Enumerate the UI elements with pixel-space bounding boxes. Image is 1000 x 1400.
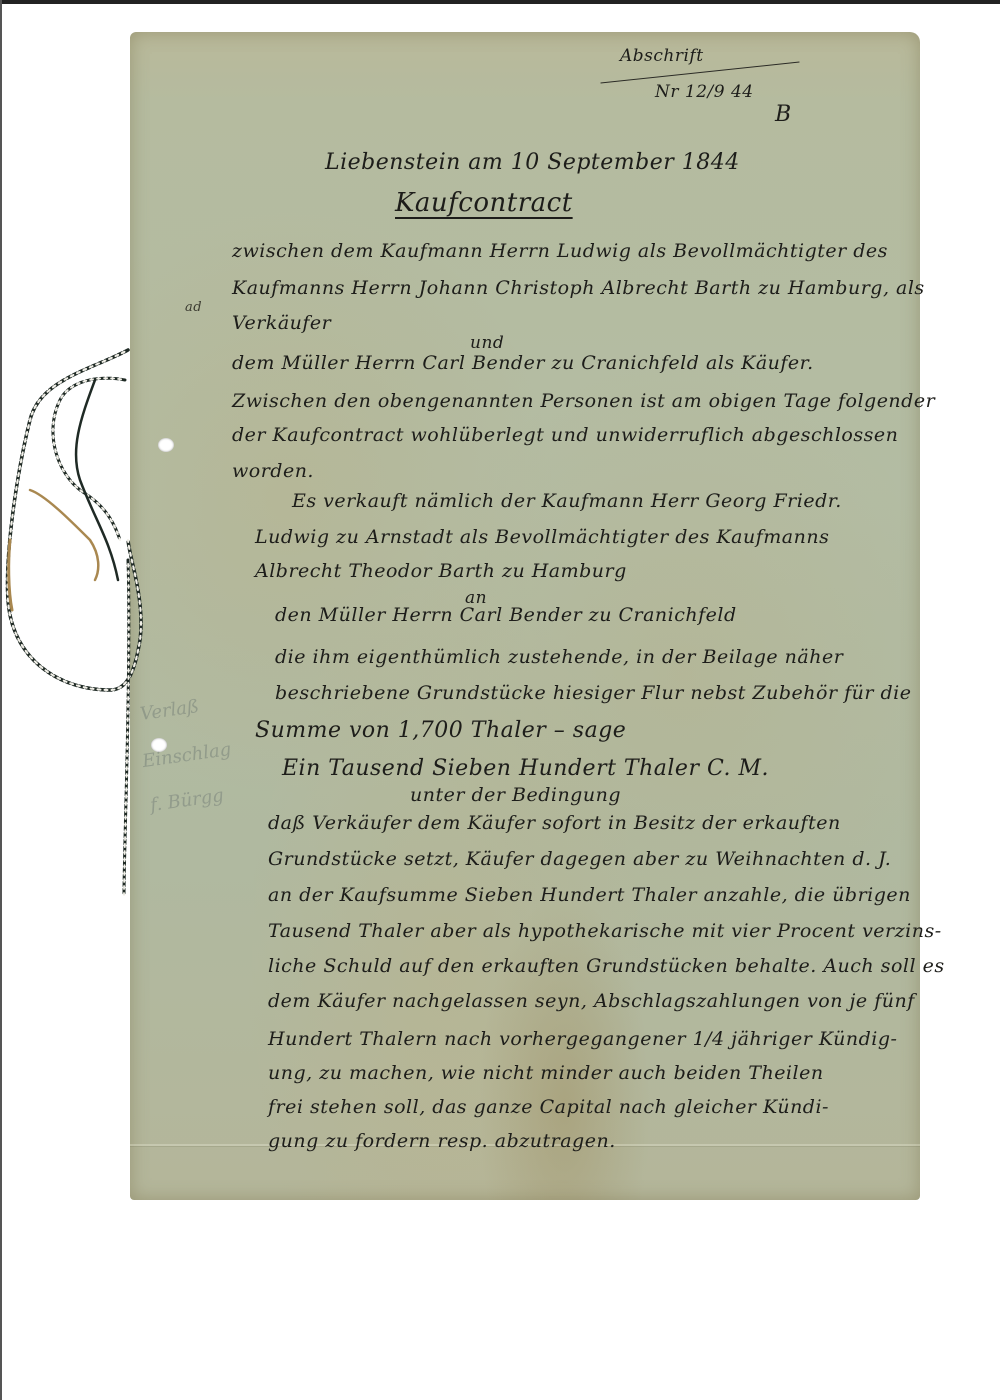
- body-line: worden.: [232, 460, 314, 482]
- body-line: Tausend Thaler aber als hypothekarische …: [268, 920, 942, 942]
- body-line: frei stehen soll, das ganze Capital nach…: [268, 1096, 829, 1118]
- place-date: Liebenstein am 10 September 1844: [325, 150, 740, 175]
- body-line: Verkäufer: [232, 312, 331, 334]
- body-line: Es verkauft nämlich der Kaufmann Herr Ge…: [292, 490, 842, 512]
- reference-number: Nr 12/9 44: [655, 82, 754, 102]
- body-line: die ihm eigenthümlich zustehende, in der…: [275, 646, 843, 668]
- body-line: an der Kaufsumme Sieben Hundert Thaler a…: [268, 884, 911, 906]
- body-line: der Kaufcontract wohlüberlegt und unwide…: [232, 424, 898, 446]
- body-line: Albrecht Theodor Barth zu Hamburg: [255, 560, 627, 582]
- initials-flourish: B: [775, 102, 792, 127]
- body-line-insert: und: [470, 333, 504, 353]
- body-line: gung zu fordern resp. abzutragen.: [268, 1130, 616, 1152]
- body-line: Ludwig zu Arnstadt als Bevollmächtigter …: [255, 526, 829, 548]
- copy-mark: Abschrift: [620, 46, 704, 66]
- body-line: dem Käufer nachgelassen seyn, Abschlagsz…: [268, 990, 915, 1012]
- body-line: Grundstücke setzt, Käufer dagegen aber z…: [268, 848, 891, 870]
- body-line: Hundert Thalern nach vorhergegangener 1/…: [268, 1028, 897, 1050]
- body-line: liche Schuld auf den erkauften Grundstüc…: [268, 955, 945, 977]
- body-line: Kaufmanns Herrn Johann Christoph Albrech…: [232, 277, 925, 299]
- condition-heading: unter der Bedingung: [410, 784, 621, 806]
- body-line: ung, zu machen, wie nicht minder auch be…: [268, 1062, 824, 1084]
- body-line: beschriebene Grundstücke hiesiger Flur n…: [275, 682, 911, 704]
- sum-line: Summe von 1,700 Thaler – sage: [255, 718, 626, 743]
- document-title: Kaufcontract: [395, 188, 573, 218]
- body-line: den Müller Herrn Carl Bender zu Cranichf…: [275, 604, 737, 626]
- binding-string-icon: [0, 0, 200, 900]
- body-line: zwischen dem Kaufmann Herrn Ludwig als B…: [232, 240, 888, 262]
- sum-in-words: Ein Tausend Sieben Hundert Thaler C. M.: [282, 756, 769, 781]
- body-line: Zwischen den obengenannten Personen ist …: [232, 390, 935, 412]
- body-line: daß Verkäufer dem Käufer sofort in Besit…: [268, 812, 841, 834]
- body-line: dem Müller Herrn Carl Bender zu Cranichf…: [232, 352, 814, 374]
